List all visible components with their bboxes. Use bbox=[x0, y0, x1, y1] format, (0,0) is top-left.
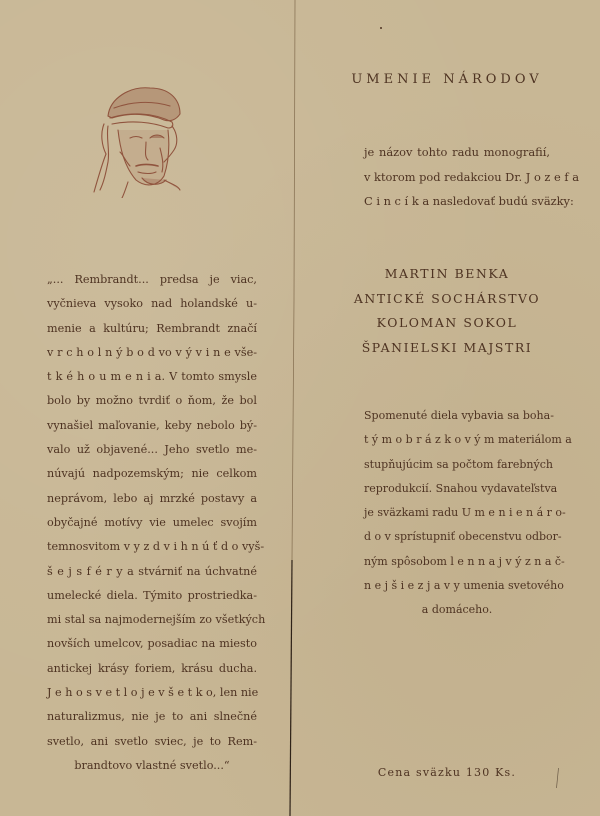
rembrandt-portrait-icon bbox=[80, 68, 200, 198]
volume-title: ANTICKÉ SOCHÁRSTVO bbox=[294, 287, 600, 312]
intro-line: C i n c í k a nasledovať budú sväzky: bbox=[364, 189, 550, 214]
volume-title: MARTIN BENKA bbox=[294, 262, 600, 287]
quote-line: naturalizmus, nie je to ani slnečné bbox=[47, 705, 257, 729]
rembrandt-quote: „... Rembrandt... predsa je viac, vyčnie… bbox=[47, 268, 257, 778]
description-line: stupňujúcim sa počtom farebných bbox=[364, 453, 550, 477]
volume-price: Cena sväzku 130 Ks. bbox=[294, 766, 600, 779]
series-title: UMENIE NÁRODOV bbox=[294, 72, 600, 87]
description-line: ným spôsobom l e n n a j v ý z n a č- bbox=[364, 550, 550, 574]
pencil-mark-icon bbox=[556, 768, 559, 788]
quote-line: š e j s f é r y a stvárniť na úchvatné bbox=[47, 560, 257, 584]
description-line: d o v sprístupniť obecenstvu odbor- bbox=[364, 525, 550, 549]
quote-line: temnosvitom v y z d v i h n ú ť d o vyš- bbox=[47, 535, 257, 559]
description-line: a domáceho. bbox=[364, 598, 550, 622]
quote-line: antickej krásy foriem, krásu ducha. bbox=[47, 657, 257, 681]
series-description: Spomenuté diela vybavia sa boha- t ý m o… bbox=[364, 404, 550, 623]
volume-title: KOLOMAN SOKOL bbox=[294, 311, 600, 336]
description-line: t ý m o b r á z k o v ý m materiálom a bbox=[364, 428, 550, 452]
description-line: Spomenuté diela vybavia sa boha- bbox=[364, 404, 550, 428]
quote-line: novších umelcov, posadiac na miesto bbox=[47, 632, 257, 656]
quote-line: valo už objavené... Jeho svetlo me- bbox=[47, 438, 257, 462]
description-line: reprodukcií. Snahou vydavateľstva bbox=[364, 477, 550, 501]
quote-line: mi stal sa najmodernejším zo všetkých bbox=[47, 608, 257, 632]
series-intro: je názov tohto radu monografií, v ktorom… bbox=[364, 140, 550, 214]
intro-line: v ktorom pod redakciou Dr. J o z e f a bbox=[364, 165, 550, 190]
description-line: n e j š i e z j a v y umenia svetového bbox=[364, 574, 550, 598]
description-line: je sväzkami radu U m e n i e n á r o- bbox=[364, 501, 550, 525]
left-page: „... Rembrandt... predsa je viac, vyčnie… bbox=[0, 0, 292, 816]
quote-line: J e h o s v e t l o j e v š e t k o, len… bbox=[47, 681, 257, 705]
quote-line: vynašiel maľovanie, keby nebolo bý- bbox=[47, 414, 257, 438]
intro-line: je názov tohto radu monografií, bbox=[364, 140, 550, 165]
volume-title: ŠPANIELSKI MAJSTRI bbox=[294, 336, 600, 361]
quote-line: umelecké diela. Týmito prostriedka- bbox=[47, 584, 257, 608]
volume-list: MARTIN BENKA ANTICKÉ SOCHÁRSTVO KOLOMAN … bbox=[294, 262, 600, 360]
quote-line: menie a kultúru; Rembrandt značí bbox=[47, 317, 257, 341]
quote-line: t k é h o u m e n i a. V tomto smysle bbox=[47, 365, 257, 389]
quote-line: „... Rembrandt... predsa je viac, bbox=[47, 268, 257, 292]
ink-speck bbox=[380, 27, 382, 29]
quote-line: vyčnieva vysoko nad holandské u- bbox=[47, 292, 257, 316]
right-page: UMENIE NÁRODOV je názov tohto radu monog… bbox=[294, 0, 600, 816]
quote-line: bolo by možno tvrdiť o ňom, že bol bbox=[47, 389, 257, 413]
quote-line: neprávom, lebo aj mrzké postavy a bbox=[47, 487, 257, 511]
quote-line: obyčajné motívy vie umelec svojím bbox=[47, 511, 257, 535]
quote-line: svetlo, ani svetlo sviec, je to Rem- bbox=[47, 730, 257, 754]
quote-line: brandtovo vlastné svetlo...“ bbox=[47, 754, 257, 778]
quote-line: v r c h o l n ý b o d vo v ý v i n e vše… bbox=[47, 341, 257, 365]
quote-line: núvajú nadpozemským; nie celkom bbox=[47, 462, 257, 486]
